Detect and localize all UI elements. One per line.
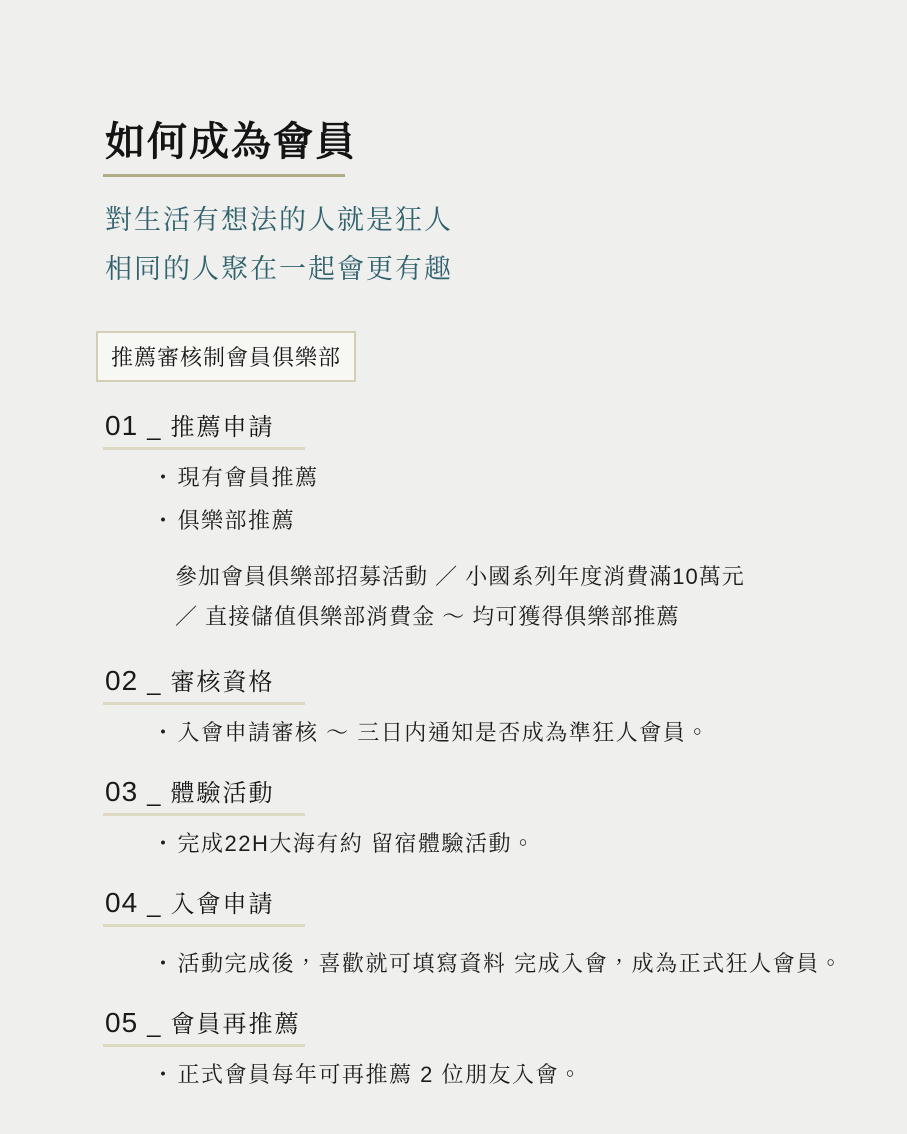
page-content: 如何成為會員 對生活有想法的人就是狂人 相同的人聚在一起會更有趣 推薦審核制會員… — [0, 0, 907, 1089]
bullet-text: 正式會員每年可再推薦 2 位朋友入會。 — [178, 1060, 583, 1090]
bullet-text: 完成22H大海有約 留宿體驗活動。 — [178, 829, 536, 859]
bullet-item: ・ 入會申請審核 ～ 三日内通知是否成為準狂人會員。 — [152, 718, 857, 748]
section-underline-divider — [103, 924, 305, 927]
section-underline-divider — [103, 813, 305, 816]
section-04-membership-application: 04 _ 入會申請 ・ 活動完成後，喜歡就可填寫資料 完成入會，成為正式狂人會員… — [105, 884, 857, 979]
section-heading: 05 _ 會員再推薦 — [105, 1004, 857, 1039]
section-heading: 03 _ 體驗活動 — [105, 773, 857, 808]
section-heading: 04 _ 入會申請 — [105, 884, 857, 919]
bullet-text: 現有會員推薦 — [178, 463, 319, 493]
section-title: 推薦申請 — [171, 407, 275, 442]
bullet-item: ・ 完成22H大海有約 留宿體驗活動。 — [152, 829, 857, 859]
section-number: 03 — [105, 776, 138, 808]
section-underline-divider — [103, 447, 305, 450]
section-separator: _ — [147, 414, 160, 442]
section-05-member-re-referral: 05 _ 會員再推薦 ・ 正式會員每年可再推薦 2 位朋友入會。 — [105, 1004, 857, 1090]
page-title: 如何成為會員 — [105, 118, 857, 166]
bullet-dot: ・ — [152, 463, 176, 493]
paragraph-line: ／ 直接儲值俱樂部消費金 ～ 均可獲得俱樂部推薦 — [175, 597, 857, 637]
section-number: 05 — [105, 1007, 138, 1039]
title-underline-divider — [103, 174, 345, 177]
section-number: 01 — [105, 410, 138, 442]
section-title: 會員再推薦 — [171, 1004, 301, 1039]
bullet-text: 俱樂部推薦 — [178, 506, 296, 536]
bullet-dot: ・ — [152, 718, 176, 748]
membership-info-page: 如何成為會員 對生活有想法的人就是狂人 相同的人聚在一起會更有趣 推薦審核制會員… — [0, 0, 907, 1134]
section-separator: _ — [147, 780, 160, 808]
bullet-dot: ・ — [152, 1060, 176, 1090]
subtitle-line-2: 相同的人聚在一起會更有趣 — [105, 254, 857, 285]
section-separator: _ — [147, 891, 160, 919]
bullet-item: ・ 現有會員推薦 — [152, 463, 857, 493]
bullet-text: 入會申請審核 ～ 三日内通知是否成為準狂人會員。 — [178, 718, 710, 748]
paragraph-line: 參加會員俱樂部招募活動 ／ 小國系列年度消費滿10萬元 — [175, 557, 857, 597]
section-02-qualification-review: 02 _ 審核資格 ・ 入會申請審核 ～ 三日内通知是否成為準狂人會員。 — [105, 662, 857, 748]
bullet-text: 活動完成後，喜歡就可填寫資料 完成入會，成為正式狂人會員。 — [178, 949, 844, 979]
section-separator: _ — [147, 1011, 160, 1039]
bullet-item: ・ 俱樂部推薦 — [152, 506, 857, 536]
section-underline-divider — [103, 1044, 305, 1047]
section-01-referral-application: 01 _ 推薦申請 ・ 現有會員推薦 ・ 俱樂部推薦 參加會員俱樂部招募活動 ／… — [105, 407, 857, 637]
section-number: 02 — [105, 665, 138, 697]
section-title: 入會申請 — [171, 884, 275, 919]
section-heading: 01 _ 推薦申請 — [105, 407, 857, 442]
section-separator: _ — [147, 669, 160, 697]
bullet-item: ・ 正式會員每年可再推薦 2 位朋友入會。 — [152, 1060, 857, 1090]
section-number: 04 — [105, 887, 138, 919]
subtitle-line-1: 對生活有想法的人就是狂人 — [105, 205, 857, 236]
referral-paths-paragraph: 參加會員俱樂部招募活動 ／ 小國系列年度消費滿10萬元 ／ 直接儲值俱樂部消費金… — [175, 557, 857, 637]
bullet-dot: ・ — [152, 829, 176, 859]
bullet-dot: ・ — [152, 949, 176, 979]
bullet-item: ・ 活動完成後，喜歡就可填寫資料 完成入會，成為正式狂人會員。 — [152, 949, 857, 979]
section-03-experience-activity: 03 _ 體驗活動 ・ 完成22H大海有約 留宿體驗活動。 — [105, 773, 857, 859]
bullet-dot: ・ — [152, 506, 176, 536]
section-underline-divider — [103, 702, 305, 705]
section-title: 體驗活動 — [171, 773, 275, 808]
section-heading: 02 _ 審核資格 — [105, 662, 857, 697]
section-title: 審核資格 — [171, 662, 275, 697]
club-type-badge: 推薦審核制會員俱樂部 — [96, 331, 356, 382]
